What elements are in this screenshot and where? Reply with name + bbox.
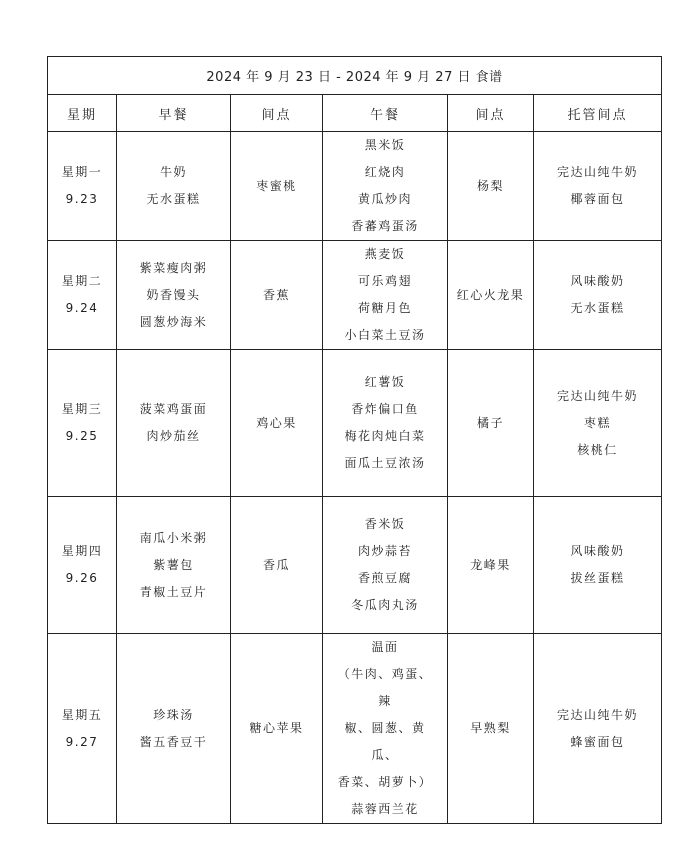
menu-item: 无水蛋糕: [117, 186, 230, 213]
menu-item: 红薯饭: [323, 369, 447, 396]
lunch-cell: 燕麦饭可乐鸡翅荷糖月色小白菜土豆汤: [323, 241, 448, 350]
snack-1-cell: 枣蜜桃: [231, 132, 323, 241]
menu-item: 龙峰果: [448, 552, 533, 579]
menu-item: 青椒土豆片: [117, 579, 230, 606]
menu-item: 奶香馒头: [117, 282, 230, 309]
breakfast-cell: 珍珠汤酱五香豆干: [117, 634, 231, 824]
day-label: 星期二: [48, 268, 116, 295]
menu-item: 香煎豆腐: [323, 565, 447, 592]
menu-item: 瓜、: [323, 742, 447, 769]
menu-item: （牛肉、鸡蛋、: [323, 661, 447, 688]
menu-item: 酱五香豆干: [117, 729, 230, 756]
care-snack-cell: 完达山纯牛奶椰蓉面包: [534, 132, 662, 241]
column-header-day: 星期: [48, 95, 117, 132]
menu-item: 糖心苹果: [231, 715, 322, 742]
menu-item: 梅花肉炖白菜: [323, 423, 447, 450]
menu-item: 珍珠汤: [117, 702, 230, 729]
menu-title: 2024 年 9 月 23 日 - 2024 年 9 月 27 日 食谱: [48, 57, 662, 95]
column-header-lunch: 午餐: [323, 95, 448, 132]
table-row: 星期三 9.25 菠菜鸡蛋面肉炒茄丝 鸡心果 红薯饭香炸偏口鱼梅花肉炖白菜面瓜土…: [48, 350, 662, 497]
breakfast-cell: 南瓜小米粥紫薯包青椒土豆片: [117, 497, 231, 634]
menu-item: 紫菜瘦肉粥: [117, 255, 230, 282]
day-cell: 星期五 9.27: [48, 634, 117, 824]
menu-item: 完达山纯牛奶: [534, 383, 661, 410]
menu-item: 早熟梨: [448, 715, 533, 742]
care-snack-cell: 风味酸奶无水蛋糕: [534, 241, 662, 350]
menu-item: 红烧肉: [323, 159, 447, 186]
day-label: 星期一: [48, 159, 116, 186]
column-header-snack-2: 间点: [448, 95, 534, 132]
menu-item: 香米饭: [323, 511, 447, 538]
menu-item: 小白菜土豆汤: [323, 322, 447, 349]
menu-item: 肉炒茄丝: [117, 423, 230, 450]
snack-2-cell: 红心火龙果: [448, 241, 534, 350]
menu-item: 枣蜜桃: [231, 173, 322, 200]
date-label: 9.25: [48, 423, 116, 450]
menu-item: 燕麦饭: [323, 241, 447, 268]
menu-item: 椰蓉面包: [534, 186, 661, 213]
snack-1-cell: 香瓜: [231, 497, 323, 634]
day-label: 星期三: [48, 396, 116, 423]
care-snack-cell: 完达山纯牛奶蜂蜜面包: [534, 634, 662, 824]
menu-item: 冬瓜肉丸汤: [323, 592, 447, 619]
menu-item: 香蕃鸡蛋汤: [323, 213, 447, 240]
menu-item: 无水蛋糕: [534, 295, 661, 322]
menu-item: 完达山纯牛奶: [534, 702, 661, 729]
menu-item: 椒、圆葱、黄: [323, 715, 447, 742]
menu-item: 紫薯包: [117, 552, 230, 579]
menu-item: 拔丝蛋糕: [534, 565, 661, 592]
menu-item: 黑米饭: [323, 132, 447, 159]
menu-item: 香蕉: [231, 282, 322, 309]
snack-2-cell: 杨梨: [448, 132, 534, 241]
menu-item: 可乐鸡翅: [323, 268, 447, 295]
menu-item: 温面: [323, 634, 447, 661]
lunch-cell: 黑米饭红烧肉黄瓜炒肉香蕃鸡蛋汤: [323, 132, 448, 241]
menu-item: 南瓜小米粥: [117, 525, 230, 552]
menu-item: 风味酸奶: [534, 268, 661, 295]
date-label: 9.23: [48, 186, 116, 213]
menu-item: 香菜、胡萝卜）: [323, 769, 447, 796]
day-cell: 星期三 9.25: [48, 350, 117, 497]
table-row: 星期一 9.23 牛奶无水蛋糕 枣蜜桃 黑米饭红烧肉黄瓜炒肉香蕃鸡蛋汤 杨梨 完…: [48, 132, 662, 241]
day-cell: 星期四 9.26: [48, 497, 117, 634]
snack-2-cell: 早熟梨: [448, 634, 534, 824]
breakfast-cell: 菠菜鸡蛋面肉炒茄丝: [117, 350, 231, 497]
menu-item: 核桃仁: [534, 437, 661, 464]
breakfast-cell: 紫菜瘦肉粥奶香馒头圆葱炒海米: [117, 241, 231, 350]
column-header-snack-1: 间点: [231, 95, 323, 132]
table-row: 星期五 9.27 珍珠汤酱五香豆干 糖心苹果 温面（牛肉、鸡蛋、辣椒、圆葱、黄瓜…: [48, 634, 662, 824]
day-label: 星期五: [48, 702, 116, 729]
lunch-cell: 香米饭肉炒蒜苔香煎豆腐冬瓜肉丸汤: [323, 497, 448, 634]
lunch-cell: 红薯饭香炸偏口鱼梅花肉炖白菜面瓜土豆浓汤: [323, 350, 448, 497]
menu-item: 牛奶: [117, 159, 230, 186]
snack-2-cell: 龙峰果: [448, 497, 534, 634]
column-header-care-snack: 托管间点: [534, 95, 662, 132]
menu-item: 橘子: [448, 410, 533, 437]
menu-item: 香炸偏口鱼: [323, 396, 447, 423]
menu-item: 杨梨: [448, 173, 533, 200]
snack-2-cell: 橘子: [448, 350, 534, 497]
menu-item: 圆葱炒海米: [117, 309, 230, 336]
table-row: 星期四 9.26 南瓜小米粥紫薯包青椒土豆片 香瓜 香米饭肉炒蒜苔香煎豆腐冬瓜肉…: [48, 497, 662, 634]
lunch-cell: 温面（牛肉、鸡蛋、辣椒、圆葱、黄瓜、香菜、胡萝卜）蒜蓉西兰花: [323, 634, 448, 824]
menu-item: 荷糖月色: [323, 295, 447, 322]
menu-item: 风味酸奶: [534, 538, 661, 565]
care-snack-cell: 风味酸奶拔丝蛋糕: [534, 497, 662, 634]
day-cell: 星期二 9.24: [48, 241, 117, 350]
snack-1-cell: 鸡心果: [231, 350, 323, 497]
date-label: 9.27: [48, 729, 116, 756]
column-header-breakfast: 早餐: [117, 95, 231, 132]
menu-item: 红心火龙果: [448, 282, 533, 309]
menu-item: 肉炒蒜苔: [323, 538, 447, 565]
menu-item: 香瓜: [231, 552, 322, 579]
menu-item: 黄瓜炒肉: [323, 186, 447, 213]
day-label: 星期四: [48, 538, 116, 565]
menu-item: 完达山纯牛奶: [534, 159, 661, 186]
menu-item: 辣: [323, 688, 447, 715]
date-label: 9.24: [48, 295, 116, 322]
date-label: 9.26: [48, 565, 116, 592]
day-cell: 星期一 9.23: [48, 132, 117, 241]
menu-item: 面瓜土豆浓汤: [323, 450, 447, 477]
menu-item: 菠菜鸡蛋面: [117, 396, 230, 423]
menu-item: 鸡心果: [231, 410, 322, 437]
breakfast-cell: 牛奶无水蛋糕: [117, 132, 231, 241]
menu-item: 蜂蜜面包: [534, 729, 661, 756]
table-row: 星期二 9.24 紫菜瘦肉粥奶香馒头圆葱炒海米 香蕉 燕麦饭可乐鸡翅荷糖月色小白…: [48, 241, 662, 350]
header-row: 星期 早餐 间点 午餐 间点 托管间点: [48, 95, 662, 132]
snack-1-cell: 糖心苹果: [231, 634, 323, 824]
weekly-menu-table: 2024 年 9 月 23 日 - 2024 年 9 月 27 日 食谱 星期 …: [47, 56, 662, 824]
menu-item: 蒜蓉西兰花: [323, 796, 447, 823]
snack-1-cell: 香蕉: [231, 241, 323, 350]
care-snack-cell: 完达山纯牛奶枣糕核桃仁: [534, 350, 662, 497]
menu-item: 枣糕: [534, 410, 661, 437]
